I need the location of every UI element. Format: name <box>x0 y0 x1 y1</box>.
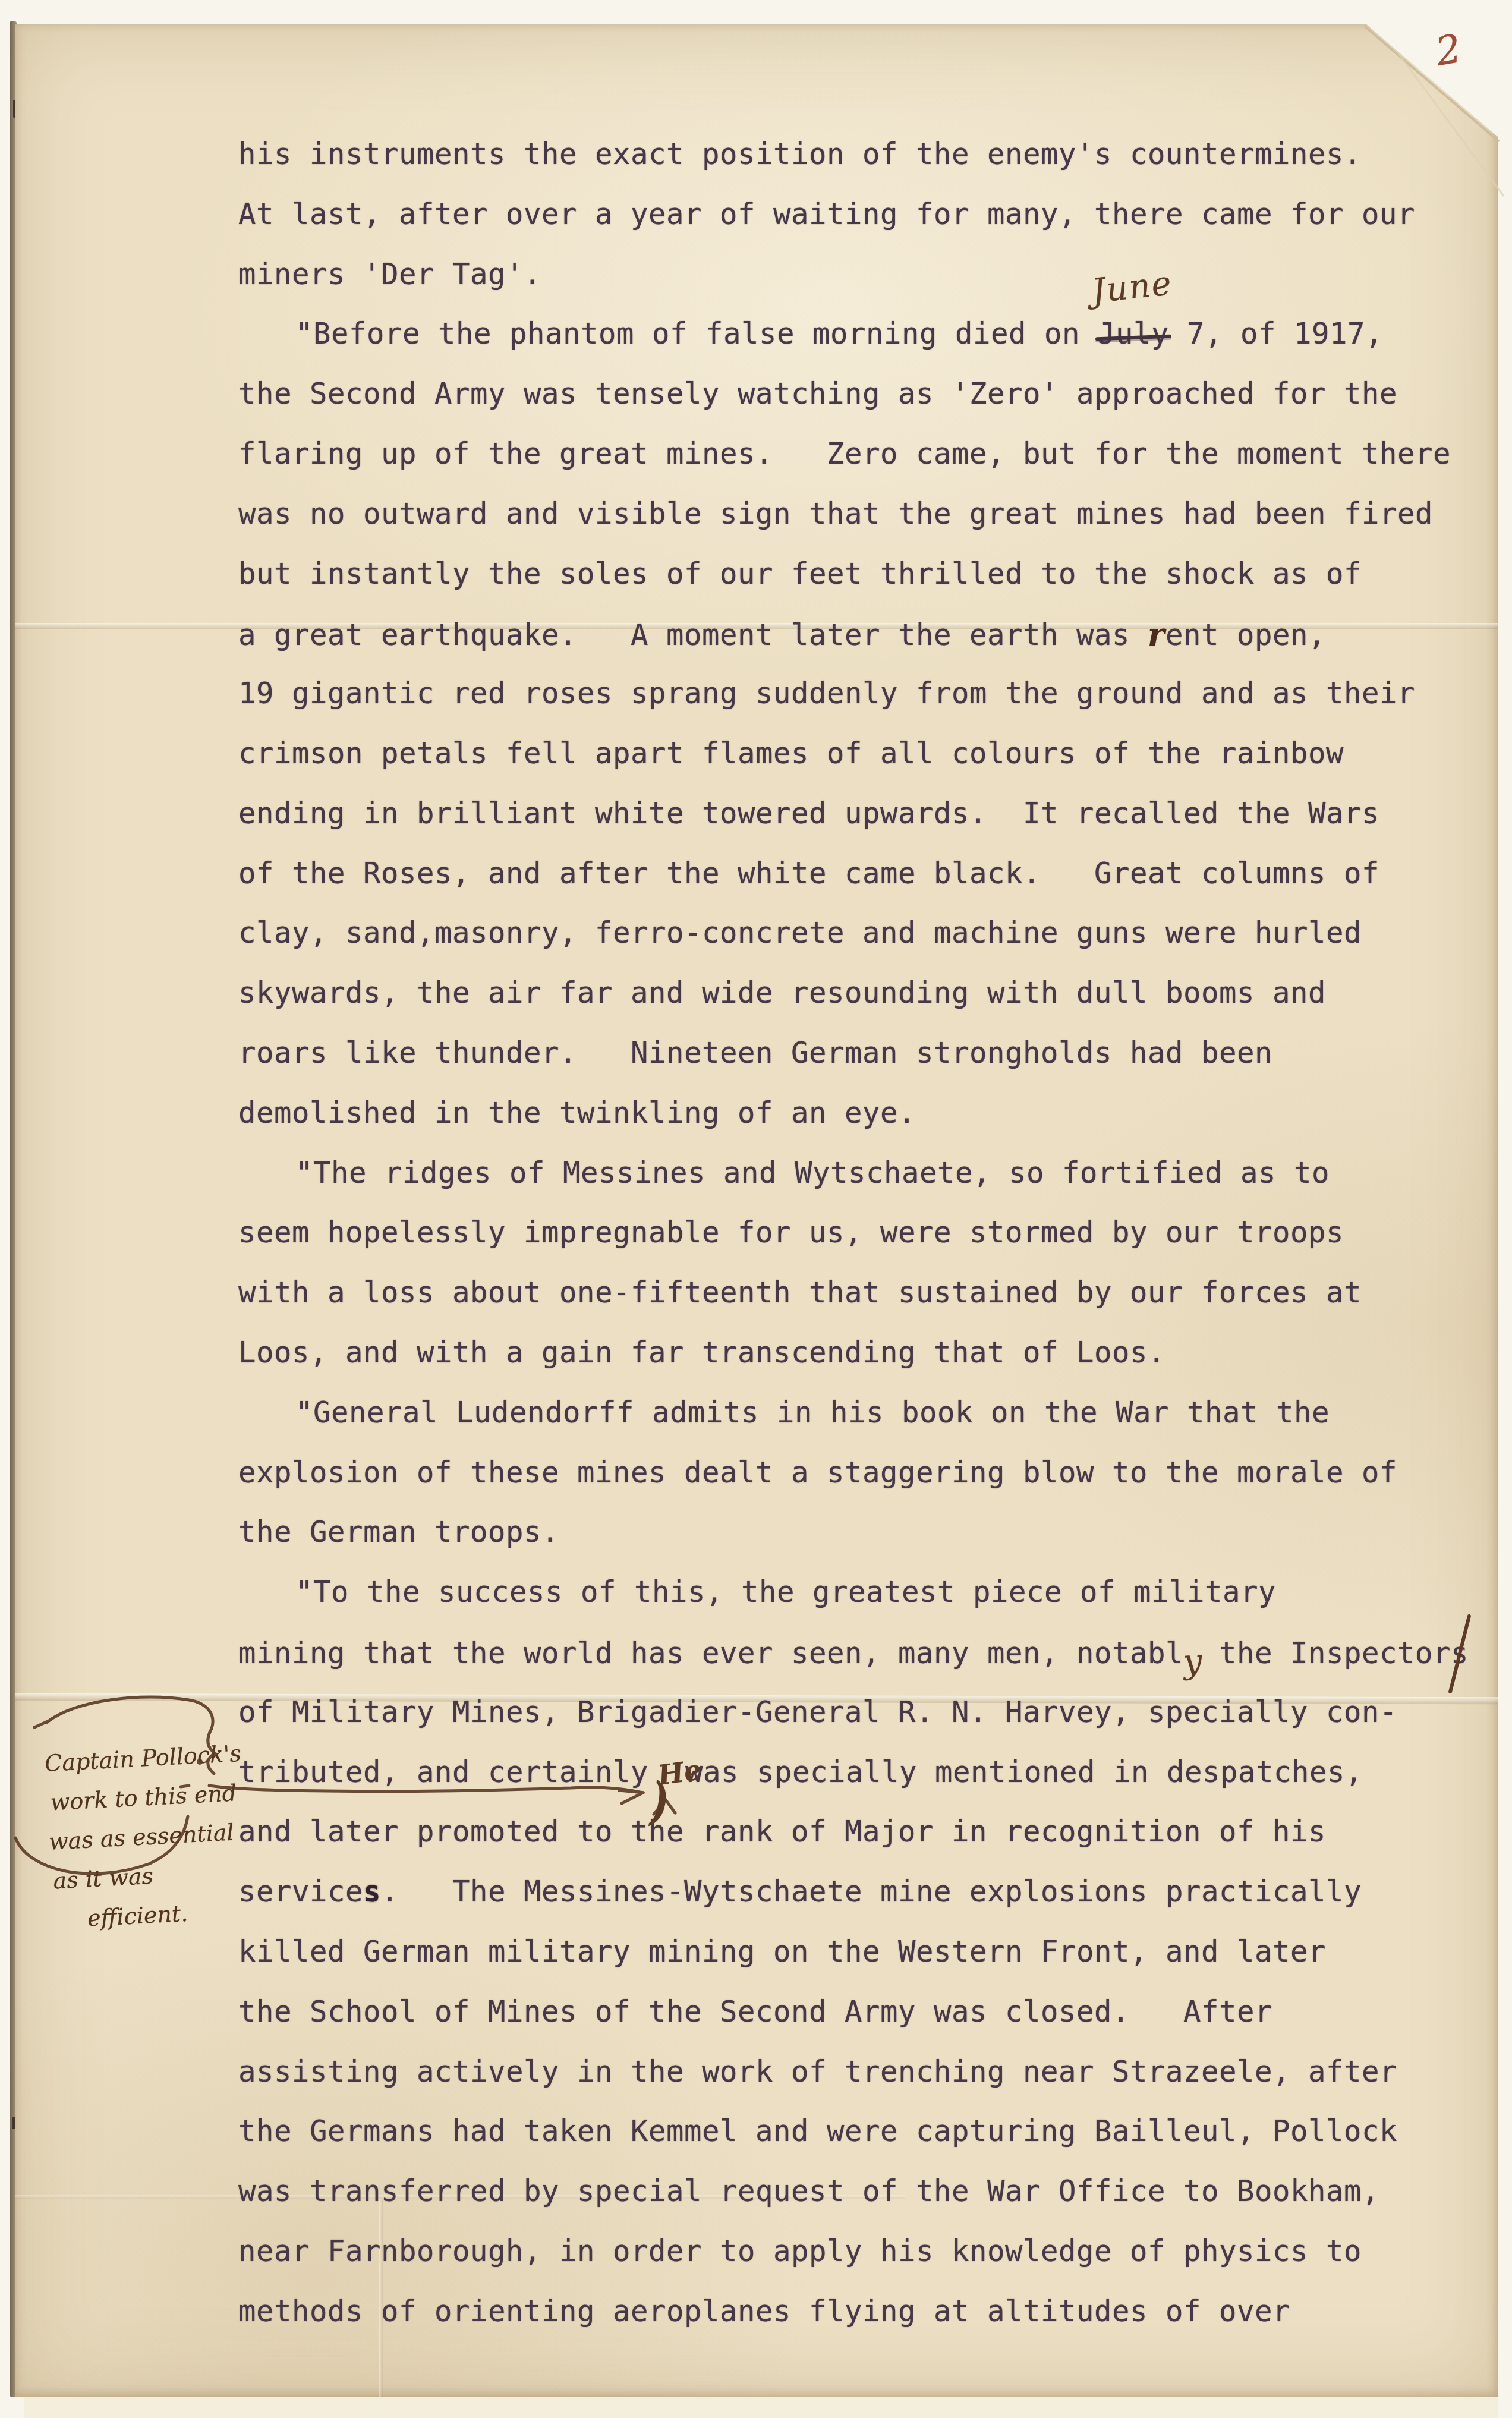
text-line: "General Ludendorff admits in his book o… <box>238 1383 1469 1443</box>
text-line-with-date-correction: "Before the phantom of false morning die… <box>238 304 1469 364</box>
text-line: miners 'Der Tag'. <box>238 245 1469 305</box>
text-line: ending in brilliant white towered upward… <box>238 784 1469 844</box>
typed-segment: 7, of 1917, <box>1169 317 1383 351</box>
typed-segment: tributed, and certainly <box>238 1755 648 1789</box>
typed-segment: . The Messines-Wytschaete mine explosion… <box>381 1875 1362 1909</box>
text-line: was transferred by special request of th… <box>238 2162 1469 2222</box>
overwritten-s: s <box>363 1875 381 1909</box>
text-line: roars like thunder. Nineteen German stro… <box>238 1024 1469 1084</box>
underlying-sheet <box>24 2395 1498 2418</box>
typed-segment: service <box>238 1875 363 1909</box>
text-line-with-s-correction: services. The Messines-Wytschaete mine e… <box>238 1862 1469 1922</box>
text-line: demolished in the twinkling of an eye. <box>238 1084 1469 1144</box>
text-line: Loos, and with a gain far transcending t… <box>238 1323 1469 1383</box>
text-line: the School of Mines of the Second Army w… <box>238 1982 1469 2042</box>
handwritten-he: He <box>654 1740 705 1805</box>
text-line-with-r-correction: a great earthquake. A moment later the e… <box>238 604 1469 664</box>
text-line: killed German military mining on the Wes… <box>238 1922 1469 1982</box>
text-line-with-edits: mining that the world has ever seen, man… <box>238 1623 1469 1683</box>
page-number: 2 <box>1432 26 1465 75</box>
text-line: his instruments the exact position of th… <box>238 125 1469 185</box>
text-line: 19 gigantic red roses sprang suddenly fr… <box>238 664 1469 724</box>
text-line: skywards, the air far and wide resoundin… <box>238 964 1469 1024</box>
typescript-page: his instruments the exact position of th… <box>15 24 1498 2397</box>
scanned-typescript-page: { "page": { "number": "2" }, "doc": { "l… <box>0 0 1512 2418</box>
typed-segment: the Inspector <box>1201 1636 1451 1670</box>
text-line: methods of orienting aeroplanes flying a… <box>238 2282 1469 2342</box>
text-line: explosion of these mines dealt a stagger… <box>238 1443 1469 1503</box>
typed-segment: ent open, <box>1165 618 1326 652</box>
text-line: but instantly the soles of our feet thri… <box>238 544 1469 604</box>
text-line: "The ridges of Messines and Wytschaete, … <box>238 1144 1469 1204</box>
typed-segment: a great earthquake. A moment later the e… <box>238 618 1148 652</box>
text-line: "To the success of this, the greatest pi… <box>238 1563 1469 1623</box>
text-line: the Second Army was tensely watching as … <box>238 364 1469 424</box>
text-line: the Germans had taken Kemmel and were ca… <box>238 2102 1469 2162</box>
margin-annotation-note: Captain Pollock's work to this end was a… <box>44 1734 232 1940</box>
text-line: the German troops. <box>238 1503 1469 1563</box>
text-line: flaring up of the great mines. Zero came… <box>238 424 1469 484</box>
text-line: At last, after over a year of waiting fo… <box>238 185 1469 245</box>
text-line-with-insertion: tributed, and certainly)Hewas specially … <box>238 1743 1469 1803</box>
typed-segment: was specially mentioned in despatches, <box>685 1755 1363 1789</box>
text-line: of Military Mines, Brigadier-General R. … <box>238 1683 1469 1743</box>
text-line: and later promoted to the rank of Major … <box>238 1802 1469 1862</box>
text-line: assisting actively in the work of trench… <box>238 2042 1469 2102</box>
typed-segment: mining that the world has ever seen, man… <box>238 1636 1183 1670</box>
date-correction: JulyJune <box>1098 304 1169 364</box>
text-line: with a loss about one-fifteenth that sus… <box>238 1263 1469 1323</box>
handwritten-y: y <box>1182 1632 1204 1693</box>
margin-note-line: efficient. <box>86 1891 232 1938</box>
typed-segment: "Before the phantom of false morning die… <box>295 317 1098 351</box>
text-line: seem hopelessly impregnable for us, were… <box>238 1203 1469 1263</box>
struck-letter-s: s <box>1451 1624 1469 1684</box>
text-line: near Farnborough, in order to apply his … <box>238 2222 1469 2282</box>
text-line: was no outward and visible sign that the… <box>238 484 1469 544</box>
typed-text-block: his instruments the exact position of th… <box>238 125 1469 2341</box>
handwritten-r: r <box>1148 605 1165 665</box>
handwritten-june: June <box>1089 254 1176 322</box>
text-line: clay, sand,masonry, ferro-concrete and m… <box>238 903 1469 964</box>
text-line: of the Roses, and after the white came b… <box>238 844 1469 904</box>
text-line: crimson petals fell apart flames of all … <box>238 724 1469 784</box>
